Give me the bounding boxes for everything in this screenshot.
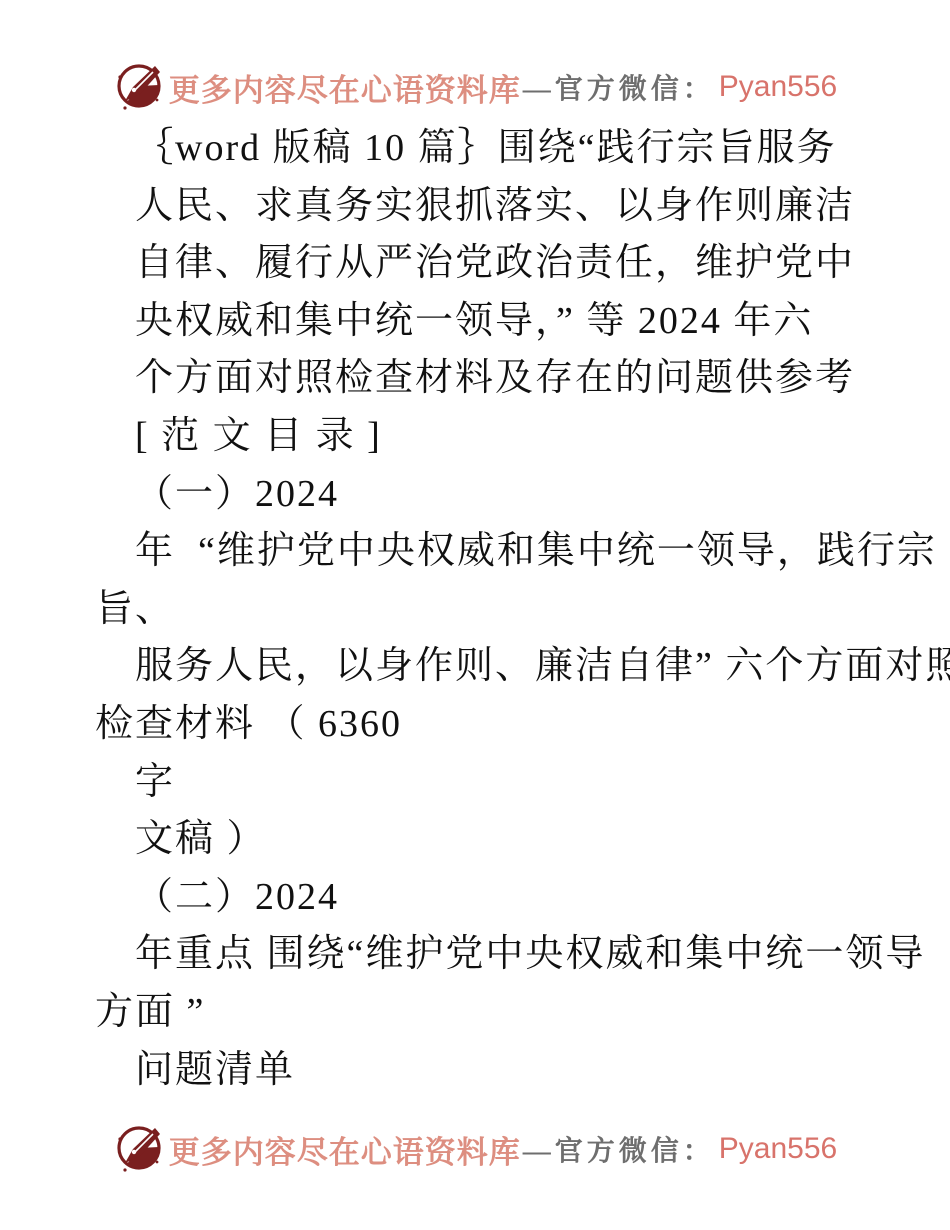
brand-text: 更多内容尽在心语资料库 xyxy=(169,65,521,110)
text-line: 问题清单 xyxy=(95,1042,905,1100)
brand-text: 更多内容尽在心语资料库 xyxy=(169,1127,521,1172)
official-wechat-label: —官方微信： xyxy=(523,67,715,107)
text-line: 人民、求真务实狠抓落实、以身作则廉洁 xyxy=(95,178,905,236)
text-line: 自律、履行从严治党政治责任，维护党中 xyxy=(95,235,905,293)
pen-circle-logo-icon xyxy=(113,1122,163,1176)
page: { "watermark": { "logo_icon": "pen-circl… xyxy=(0,0,950,1230)
text-line: 年重点 围绕“维护党中央权威和集中统一领导 xyxy=(95,926,905,984)
text-line: 文稿 ） xyxy=(95,811,905,869)
text-line: 年 “维护党中央权威和集中统一领导，践行宗 xyxy=(95,523,905,581)
text-line: （一）2024 xyxy=(95,466,905,524)
text-line: （二）2024 xyxy=(95,869,905,927)
document-body: ｛word 版稿 10 篇｝围绕“践行宗旨服务人民、求真务实狠抓落实、以身作则廉… xyxy=(95,120,905,1099)
wechat-id: Pyan556 xyxy=(719,1132,837,1166)
text-line: 字 xyxy=(95,754,905,812)
official-wechat-label: —官方微信： xyxy=(523,1129,715,1169)
text-line: 方面 ” xyxy=(95,984,905,1042)
text-line: 个方面对照检查材料及存在的问题供参考 xyxy=(95,350,905,408)
text-line: 央权威和集中统一领导，” 等 2024 年六 xyxy=(95,293,905,351)
text-line: 检查材料 （ 6360 xyxy=(95,696,905,754)
wechat-id: Pyan556 xyxy=(719,70,837,104)
text-line: [ 范 文 目 录 ] xyxy=(95,408,905,466)
header-watermark: 更多内容尽在心语资料库—官方微信：Pyan556 xyxy=(0,60,950,114)
text-line: ｛word 版稿 10 篇｝围绕“践行宗旨服务 xyxy=(95,120,905,178)
footer-watermark: 更多内容尽在心语资料库—官方微信：Pyan556 xyxy=(0,1122,950,1176)
text-line: 服务人民，以身作则、廉洁自律” 六个方面对照 xyxy=(95,638,905,696)
text-line: 旨、 xyxy=(95,581,905,639)
pen-circle-logo-icon xyxy=(113,60,163,114)
